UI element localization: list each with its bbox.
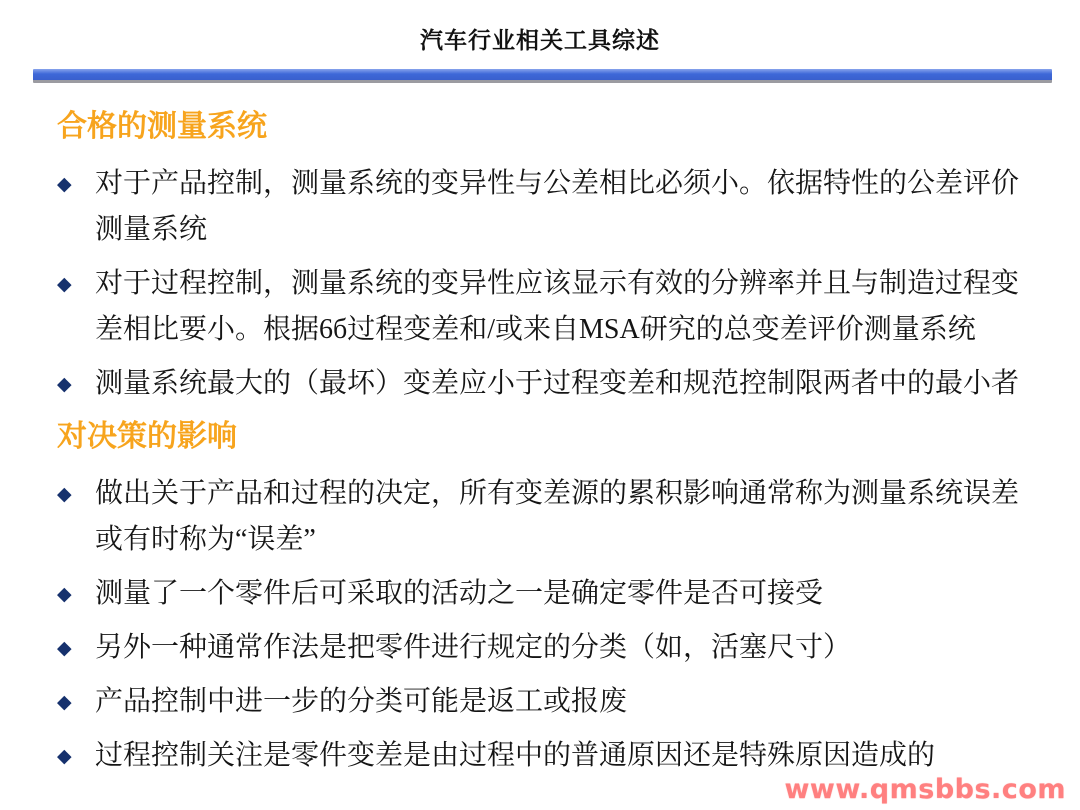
bullet-item: ◆ 对于过程控制，测量系统的变异性应该显示有效的分辨率并且与制造过程变差相比要小…	[57, 261, 1046, 353]
title-divider-bar	[33, 69, 1052, 83]
slide-content: 合格的测量系统 ◆ 对于产品控制，测量系统的变异性与公差相比必须小。依据特性的公…	[0, 83, 1080, 779]
bullet-item: ◆ 对于产品控制，测量系统的变异性与公差相比必须小。依据特性的公差评价测量系统	[57, 161, 1046, 253]
diamond-bullet-icon: ◆	[57, 733, 95, 779]
bullet-text: 产品控制中进一步的分类可能是返工或报废	[95, 679, 1046, 725]
bullet-item: ◆ 做出关于产品和过程的决定，所有变差源的累积影响通常称为测量系统误差或有时称为…	[57, 471, 1046, 563]
diamond-bullet-icon: ◆	[57, 361, 95, 407]
page-title: 汽车行业相关工具综述	[0, 0, 1080, 55]
bullet-text: 做出关于产品和过程的决定，所有变差源的累积影响通常称为测量系统误差或有时称为“误…	[95, 471, 1046, 563]
section-heading-qualified-measurement-system: 合格的测量系统	[57, 109, 1046, 145]
bullet-item: ◆ 产品控制中进一步的分类可能是返工或报废	[57, 679, 1046, 725]
slide: 汽车行业相关工具综述 合格的测量系统 ◆ 对于产品控制，测量系统的变异性与公差相…	[0, 0, 1080, 810]
bullet-item: ◆ 过程控制关注是零件变差是由过程中的普通原因还是特殊原因造成的	[57, 733, 1046, 779]
bullet-text: 对于过程控制，测量系统的变异性应该显示有效的分辨率并且与制造过程变差相比要小。根…	[95, 261, 1046, 353]
diamond-bullet-icon: ◆	[57, 261, 95, 307]
bullet-item: ◆ 测量系统最大的（最坏）变差应小于过程变差和规范控制限两者中的最小者	[57, 361, 1046, 407]
bullet-text: 测量系统最大的（最坏）变差应小于过程变差和规范控制限两者中的最小者	[95, 361, 1046, 407]
bullet-item: ◆ 测量了一个零件后可采取的活动之一是确定零件是否可接受	[57, 571, 1046, 617]
bullet-item: ◆ 另外一种通常作法是把零件进行规定的分类（如，活塞尺寸）	[57, 625, 1046, 671]
diamond-bullet-icon: ◆	[57, 471, 95, 517]
bullet-text: 对于产品控制，测量系统的变异性与公差相比必须小。依据特性的公差评价测量系统	[95, 161, 1046, 253]
diamond-bullet-icon: ◆	[57, 571, 95, 617]
bullet-text: 过程控制关注是零件变差是由过程中的普通原因还是特殊原因造成的	[95, 733, 1046, 779]
section-heading-impact-on-decisions: 对决策的影响	[57, 419, 1046, 455]
bullet-text: 另外一种通常作法是把零件进行规定的分类（如，活塞尺寸）	[95, 625, 1046, 671]
diamond-bullet-icon: ◆	[57, 625, 95, 671]
bullet-text: 测量了一个零件后可采取的活动之一是确定零件是否可接受	[95, 571, 1046, 617]
diamond-bullet-icon: ◆	[57, 161, 95, 207]
watermark-text: www.qmsbbs.com	[784, 774, 1066, 805]
diamond-bullet-icon: ◆	[57, 679, 95, 725]
